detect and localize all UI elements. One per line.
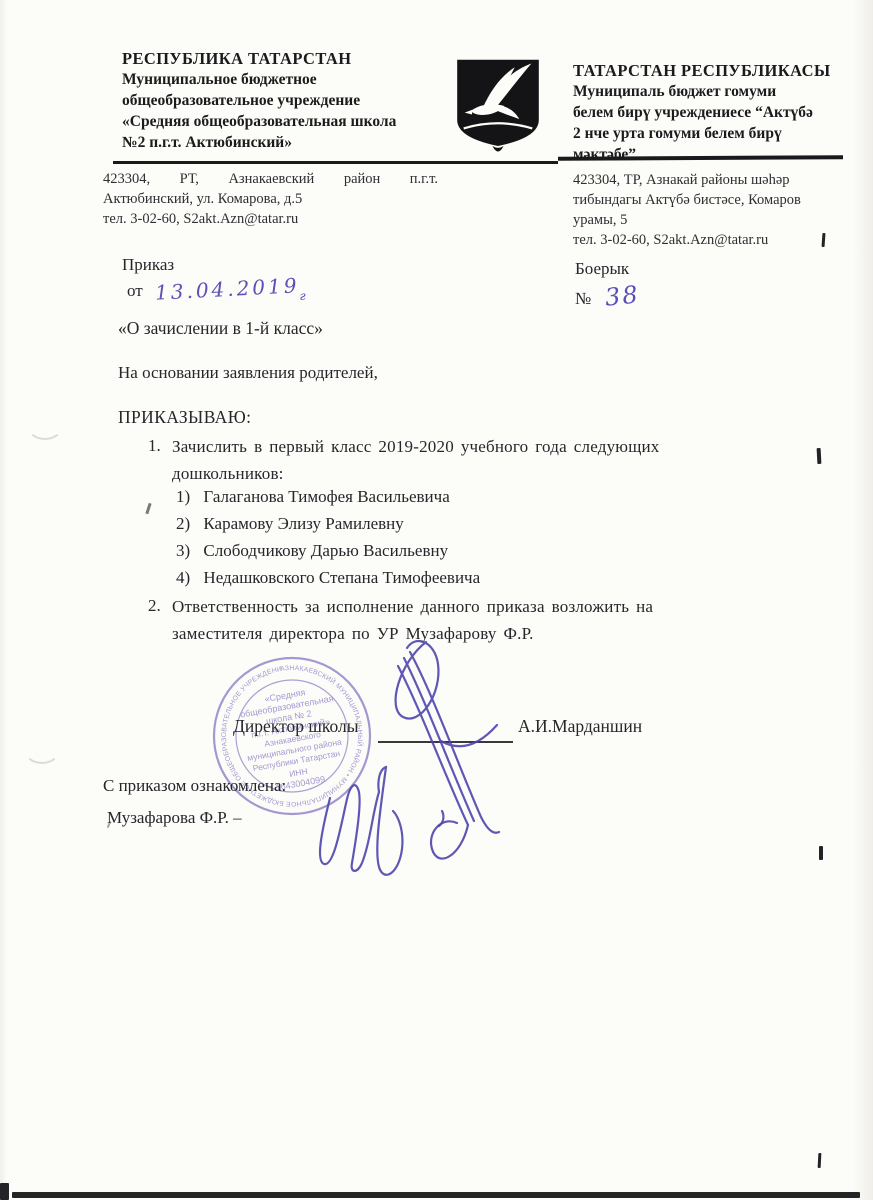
- order-label-ru: Приказ: [122, 255, 174, 275]
- order-date-suffix: г: [299, 289, 305, 303]
- header-divider-left: [113, 161, 558, 164]
- address-line: урамы, 5: [573, 210, 843, 230]
- address-line: 423304, РТ, Азнакаевский район п.г.т.: [103, 169, 438, 189]
- bird-shield-emblem-icon: [450, 57, 546, 159]
- letterhead-right-line: Муниципаль бюджет гомуми: [573, 81, 853, 102]
- hole-punch-shadow: [27, 412, 63, 440]
- letterhead-left-line: Муниципальное бюджетное: [122, 69, 452, 90]
- letterhead-left-line: РЕСПУБЛИКА ТАТАРСТАН: [122, 48, 452, 69]
- letterhead-left-line: №2 п.г.т. Актюбинский»: [122, 132, 452, 153]
- pupil-number: 2): [176, 514, 190, 533]
- letterhead-right-line: белем бирү учреждениесе “Актүбә: [573, 102, 853, 123]
- scan-mark: [819, 846, 823, 860]
- school-emblem: [450, 57, 546, 159]
- pupil-name: Слободчикову Дарью Васильевну: [203, 541, 448, 560]
- contact-block-right: 423304, ТР, Азнакай районы шәһәр тибында…: [573, 170, 843, 250]
- letterhead-left-line: «Средняя общеобразовательная школа: [122, 111, 452, 132]
- order-basis: На основании заявления родителей,: [118, 363, 378, 383]
- pupil-number: 4): [176, 568, 190, 587]
- hole-punch-shadow: [24, 736, 60, 764]
- order-date-handwritten: 13.04.2019: [154, 273, 300, 305]
- letterhead-left: РЕСПУБЛИКА ТАТАРСТАН Муниципальное бюдже…: [122, 48, 452, 153]
- item-number: 2.: [148, 596, 161, 616]
- item-text-line: Ответственность за исполнение данного пр…: [172, 597, 653, 617]
- stray-pen-mark: [145, 503, 151, 514]
- order-subject: «О зачислении в 1-й класс»: [118, 318, 323, 339]
- letterhead-right-line: 2 нче урта гомуми белем бирү: [573, 123, 853, 144]
- pupil-row: 4) Недашковского Степана Тимофеевича: [176, 568, 480, 595]
- pupil-row: 3) Слободчикову Дарью Васильевну: [176, 541, 480, 568]
- order-label-tat: Боерык: [575, 259, 629, 279]
- scan-edge-right: [853, 0, 873, 1200]
- address-line: Актюбинский, ул. Комарова, д.5: [103, 189, 438, 209]
- scan-mark: [818, 1153, 822, 1168]
- scan-edge-left: [0, 0, 7, 1200]
- order-number-row: № 38: [575, 282, 640, 310]
- address-line: 423304, ТР, Азнакай районы шәһәр: [573, 170, 843, 190]
- pupil-number: 3): [176, 541, 190, 560]
- contact-block-left: 423304, РТ, Азнакаевский район п.г.т. Ак…: [103, 169, 438, 229]
- decree-word: ПРИКАЗЫВАЮ:: [118, 407, 251, 428]
- scanned-document-page: РЕСПУБЛИКА ТАТАРСТАН Муниципальное бюдже…: [0, 0, 873, 1200]
- handwritten-signatures: [180, 620, 560, 890]
- letterhead-left-line: общеобразовательное учреждение: [122, 90, 452, 111]
- address-line: тибындагы Актүбә бистәсе, Комаров: [573, 190, 843, 210]
- letterhead-right-line: ТАТАРСТАН РЕСПУБЛИКАСЫ: [573, 60, 853, 81]
- order-date-row: от 13.04.2019г: [127, 277, 306, 303]
- pupil-name: Недашковского Степана Тимофеевича: [203, 568, 480, 587]
- letterhead-right: ТАТАРСТАН РЕСПУБЛИКАСЫ Муниципаль бюджет…: [573, 60, 853, 165]
- number-sign: №: [575, 289, 591, 308]
- scan-corner-mark: [0, 1183, 9, 1200]
- address-line: тел. 3-02-60, S2akt.Azn@tatar.ru: [573, 230, 843, 250]
- pupil-number: 1): [176, 487, 190, 506]
- scan-bottom-edge: [12, 1192, 860, 1198]
- pupil-row: 2) Карамову Элизу Рамилевну: [176, 514, 480, 541]
- director-signature-icon: [396, 641, 499, 859]
- item-text-line: Зачислить в первый класс 2019-2020 учебн…: [172, 437, 659, 457]
- item-text-line: дошкольников:: [172, 464, 284, 484]
- scan-mark: [817, 448, 822, 464]
- pupil-list: 1) Галаганова Тимофея Васильевича 2) Кар…: [176, 487, 480, 595]
- address-line: тел. 3-02-60, S2akt.Azn@tatar.ru: [103, 209, 438, 229]
- deputy-signature-icon: [320, 767, 443, 875]
- pupil-row: 1) Галаганова Тимофея Васильевича: [176, 487, 480, 514]
- order-number-handwritten: 38: [604, 280, 641, 311]
- pupil-name: Галаганова Тимофея Васильевича: [203, 487, 449, 506]
- item-number: 1.: [148, 436, 161, 456]
- order-date-prefix: от: [127, 281, 143, 300]
- pupil-name: Карамову Элизу Рамилевну: [203, 514, 403, 533]
